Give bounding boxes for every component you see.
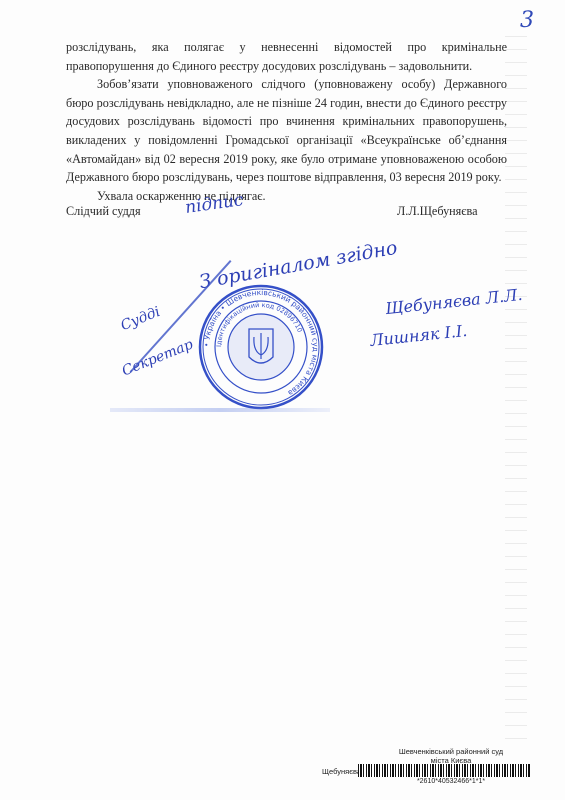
judge-label: Слідчий суддя: [66, 204, 141, 219]
ruling-text: розслідувань, яка полягає у невнесенні в…: [66, 38, 507, 205]
signature-block: Слідчий суддя Л.Л.Щебуняєва: [66, 199, 507, 223]
handwritten-role-judge: Судді: [118, 304, 162, 334]
footer-court-name: Шевченківський районний суд міста Києва: [386, 747, 516, 765]
judge-name: Л.Л.Щебуняєва: [397, 204, 478, 219]
handwritten-name-judge: Щебуняєва Л.Л.: [384, 285, 523, 318]
barcode-text: *2610*40532466*1*1*: [386, 778, 516, 785]
court-seal-icon: • Україна • Шевченківський районний суд …: [197, 283, 325, 411]
paragraph-2: Зобов’язати уповноваженого слідчого (упо…: [66, 75, 507, 187]
barcode-icon: [358, 764, 530, 777]
footer-judge-name: Щебуняєва: [322, 767, 361, 776]
document-page: 3 розслідувань, яка полягає у невнесенні…: [0, 0, 565, 800]
ink-smudge: [110, 408, 330, 412]
paragraph-1: розслідувань, яка полягає у невнесенні в…: [66, 38, 507, 75]
footer-court-line-1: Шевченківський районний суд: [386, 747, 516, 756]
handwritten-name-secretary: Лишняк І.І.: [369, 321, 468, 350]
page-number: 3: [520, 8, 534, 33]
bleed-through-text: [505, 30, 527, 750]
